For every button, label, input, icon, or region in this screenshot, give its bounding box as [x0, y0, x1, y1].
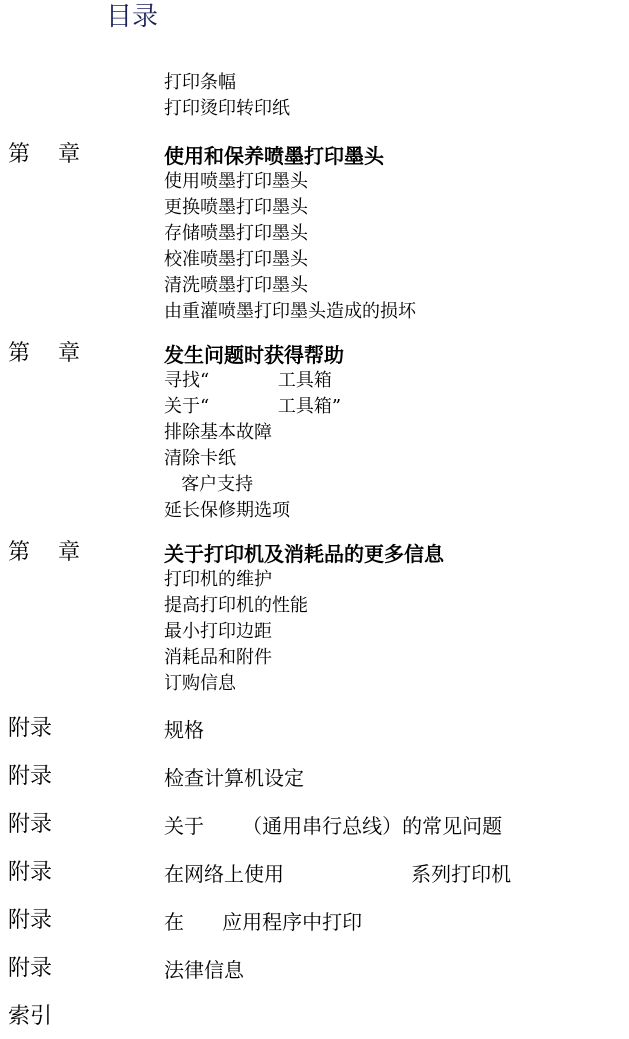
toc-entry[interactable]: 最小打印边距: [164, 619, 308, 645]
appendix-label: 附录: [8, 764, 52, 790]
chapter-title[interactable]: 使用和保养喷墨打印墨头: [164, 143, 384, 169]
toc-entry[interactable]: 校准喷墨打印墨头: [164, 247, 416, 273]
intro-item-list: 打印条幅 打印烫印转印纸: [164, 70, 290, 122]
chapter-item-list: 寻找“ 工具箱 关于“ 工具箱” 排除基本故障 清除卡纸 客户支持 延长保修期选…: [164, 368, 341, 524]
toc-entry[interactable]: 打印条幅: [164, 70, 290, 96]
toc-entry[interactable]: 更换喷墨打印墨头: [164, 195, 416, 221]
appendix-title[interactable]: 检查计算机设定: [164, 765, 304, 791]
toc-entry[interactable]: 打印烫印转印纸: [164, 96, 290, 122]
toc-entry[interactable]: 提高打印机的性能: [164, 593, 308, 619]
toc-entry[interactable]: 关于“ 工具箱”: [164, 394, 341, 420]
toc-entry[interactable]: 存储喷墨打印墨头: [164, 221, 416, 247]
appendix-label: 附录: [8, 812, 52, 838]
toc-entry[interactable]: 清洗喷墨打印墨头: [164, 273, 416, 299]
chapter-title[interactable]: 关于打印机及消耗品的更多信息: [164, 541, 444, 567]
appendix-label: 附录: [8, 716, 52, 742]
toc-entry[interactable]: 打印机的维护: [164, 567, 308, 593]
appendix-label: 附录: [8, 908, 52, 934]
toc-entry[interactable]: 寻找“ 工具箱: [164, 368, 341, 394]
index-link[interactable]: 索引: [8, 1004, 52, 1030]
appendix-title[interactable]: 在 应用程序中打印: [164, 909, 362, 935]
chapter-label-prefix: 第: [8, 142, 30, 167]
page-title: 目录: [106, 0, 158, 34]
chapter-item-list: 打印机的维护 提高打印机的性能 最小打印边距 消耗品和附件 订购信息: [164, 567, 308, 697]
toc-entry[interactable]: 消耗品和附件: [164, 645, 308, 671]
toc-entry[interactable]: 清除卡纸: [164, 446, 341, 472]
toc-entry[interactable]: 由重灌喷墨打印墨头造成的损坏: [164, 299, 416, 325]
appendix-label: 附录: [8, 860, 52, 886]
chapter-item-list: 使用喷墨打印墨头 更换喷墨打印墨头 存储喷墨打印墨头 校准喷墨打印墨头 清洗喷墨…: [164, 169, 416, 325]
toc-entry[interactable]: 使用喷墨打印墨头: [164, 169, 416, 195]
appendix-label: 附录: [8, 956, 52, 982]
chapter-title[interactable]: 发生问题时获得帮助: [164, 342, 344, 368]
toc-entry[interactable]: 客户支持: [164, 472, 341, 498]
chapter-label: 第章: [8, 540, 108, 566]
appendix-title[interactable]: 关于 （通用串行总线）的常见问题: [164, 813, 502, 839]
chapter-label-suffix: 章: [58, 142, 80, 167]
chapter-label-prefix: 第: [8, 540, 30, 565]
toc-entry[interactable]: 排除基本故障: [164, 420, 341, 446]
toc-entry[interactable]: 延长保修期选项: [164, 498, 341, 524]
appendix-title[interactable]: 在网络上使用 系列打印机: [164, 861, 511, 887]
chapter-label-prefix: 第: [8, 341, 30, 366]
toc-entry[interactable]: 订购信息: [164, 671, 308, 697]
chapter-label-suffix: 章: [58, 540, 80, 565]
appendix-title[interactable]: 法律信息: [164, 957, 244, 983]
appendix-title[interactable]: 规格: [164, 717, 204, 743]
chapter-label: 第章: [8, 341, 108, 367]
chapter-label: 第章: [8, 142, 108, 168]
chapter-label-suffix: 章: [58, 341, 80, 366]
